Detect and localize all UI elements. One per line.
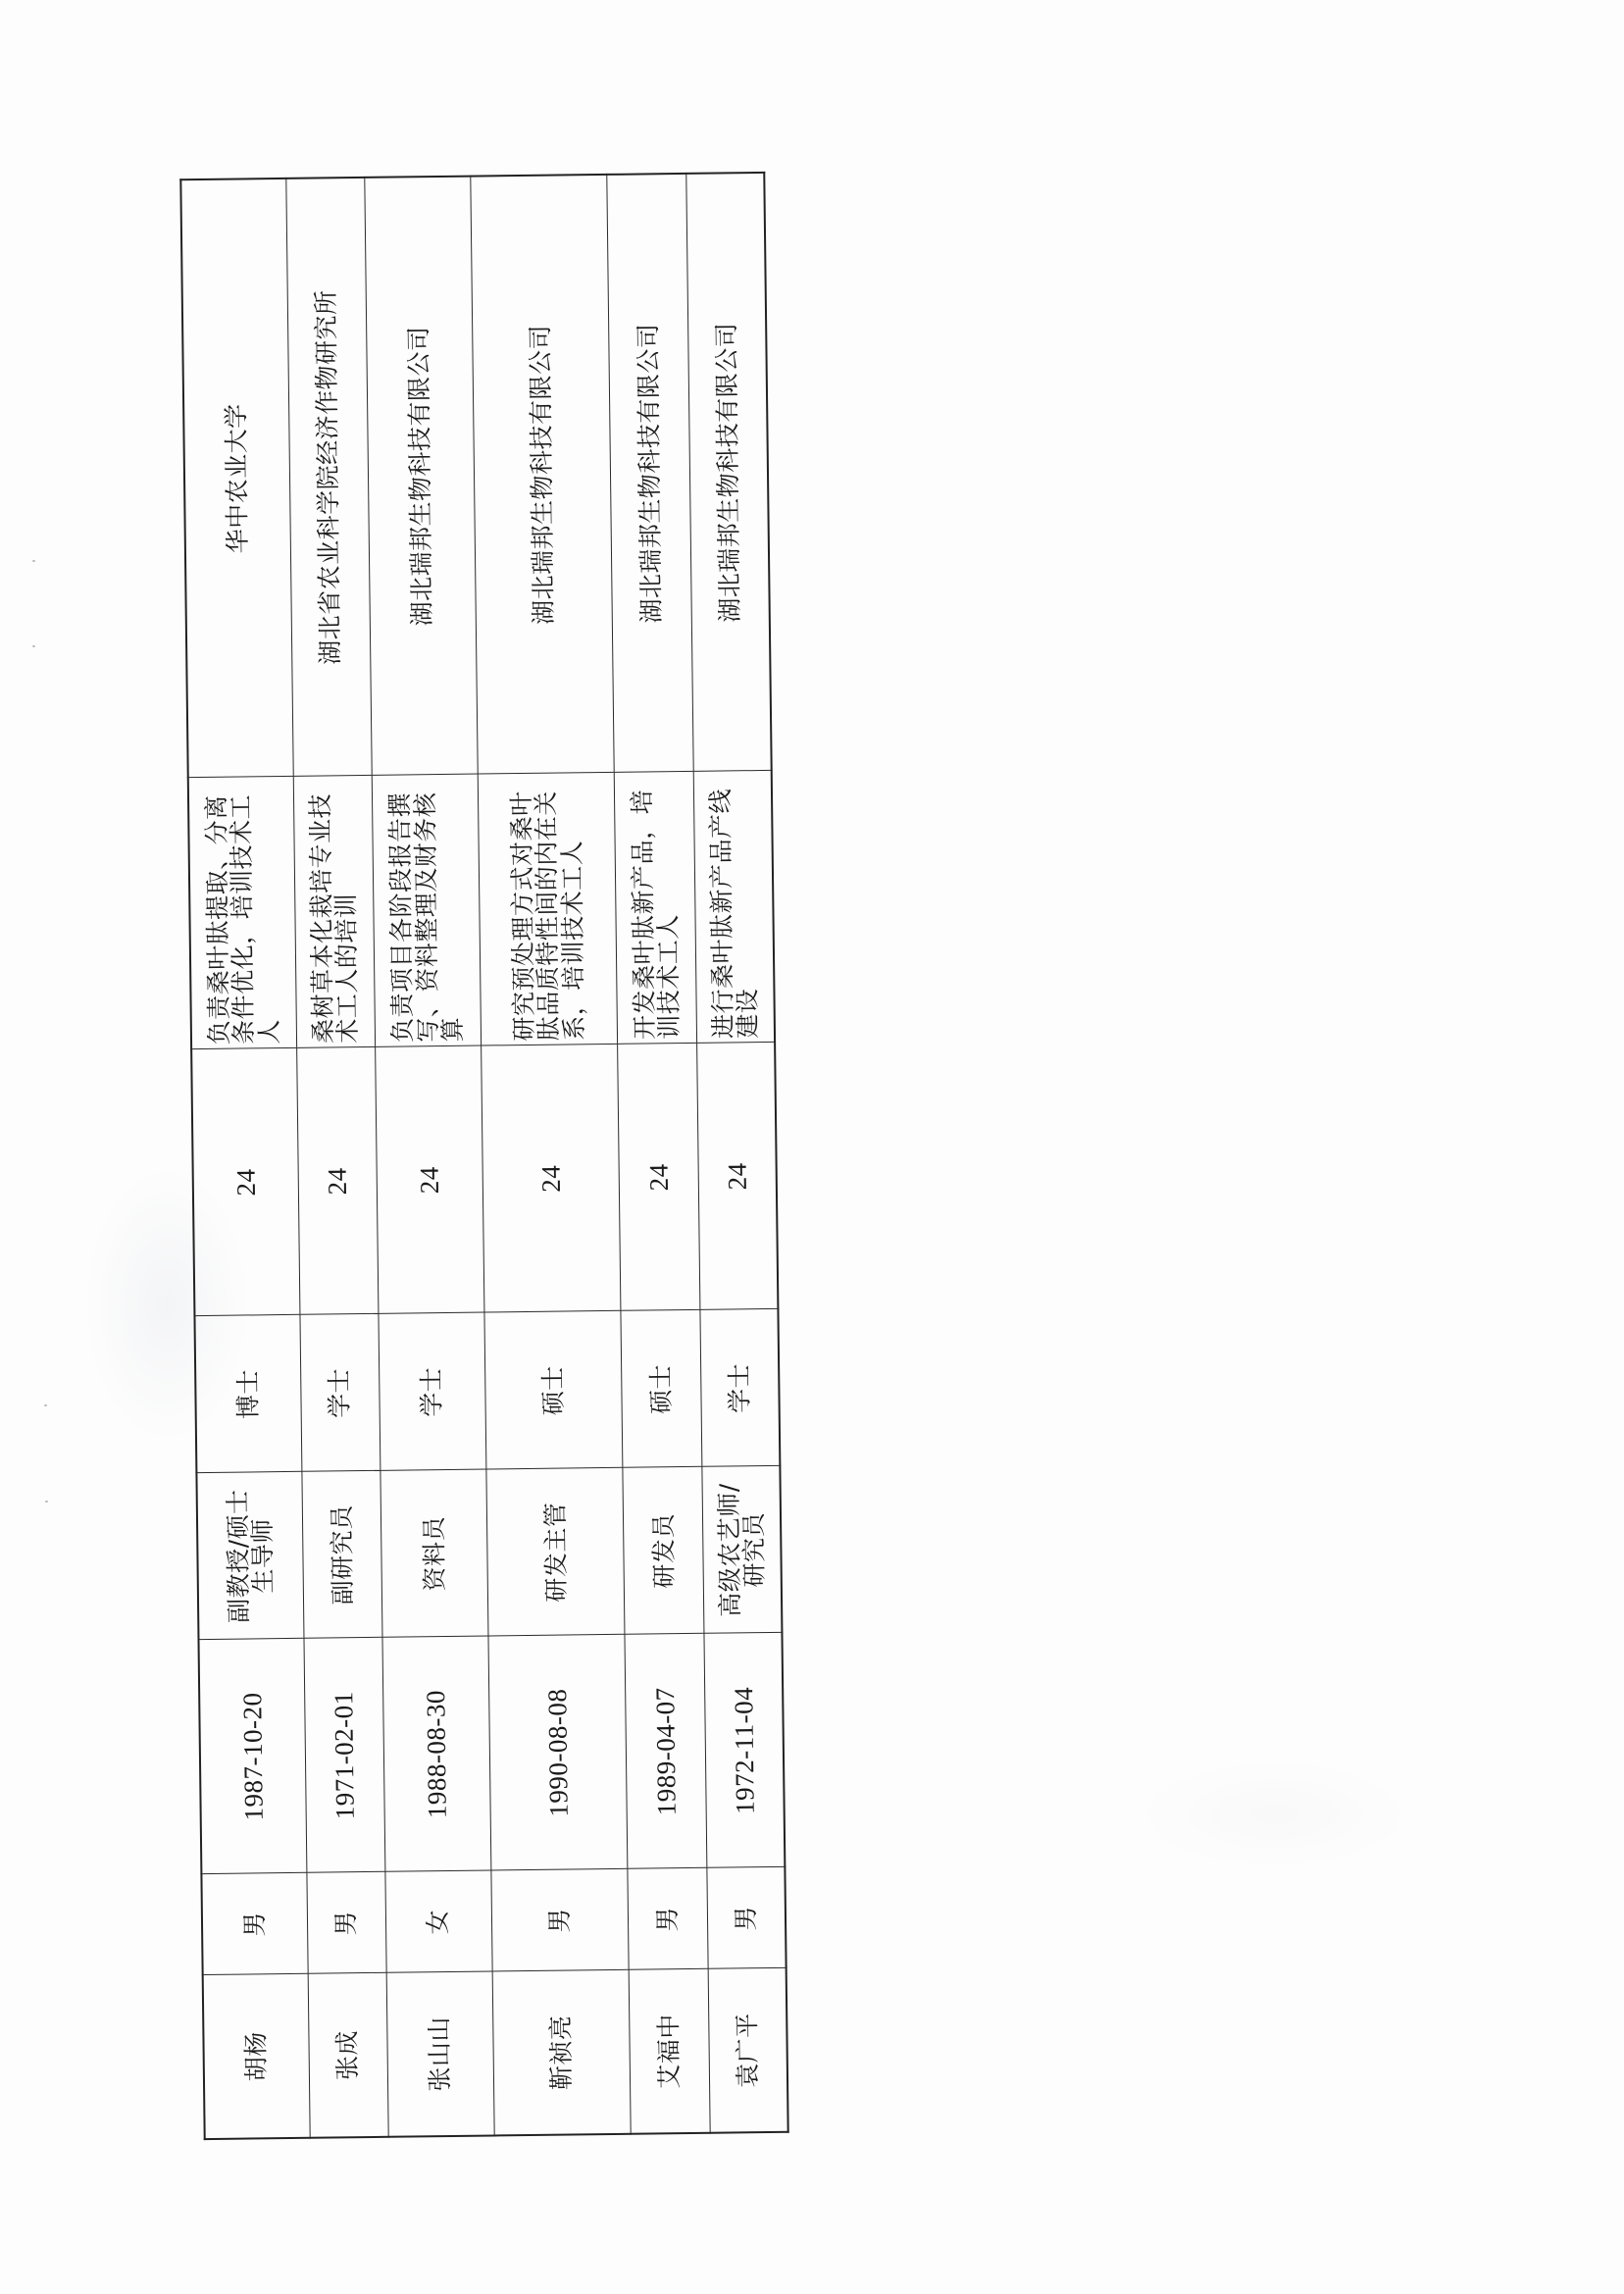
cell-org: 华中农业大学 xyxy=(180,178,293,777)
cell-degree: 硕士 xyxy=(484,1310,623,1469)
cell-name: 张山山 xyxy=(386,1971,494,2136)
cell-dob: 1971-02-01 xyxy=(304,1637,385,1872)
cell-duty: 研究预处理方式对桑叶肽品质特性间的内在关系，培训技术工人 xyxy=(478,772,618,1045)
cell-name: 靳祯亮 xyxy=(492,1969,631,2135)
cell-gender: 男 xyxy=(707,1866,786,1968)
cell-hours: 24 xyxy=(697,1042,779,1309)
scan-speck xyxy=(32,560,35,562)
cell-org: 湖北瑞邦生物科技有限公司 xyxy=(365,176,479,775)
cell-degree: 学士 xyxy=(700,1308,780,1466)
cell-duty: 负责项目各阶段报告撰写、资料整理及财务核算 xyxy=(372,774,482,1046)
cell-dob: 1987-10-20 xyxy=(198,1638,306,1873)
cell-gender: 男 xyxy=(491,1868,629,1971)
cell-degree: 学士 xyxy=(379,1312,486,1470)
cell-degree: 博士 xyxy=(194,1314,301,1472)
cell-gender: 女 xyxy=(385,1870,492,1972)
cell-duty: 桑树草本化栽培专业技术工人的培训 xyxy=(293,775,376,1047)
cell-title: 研发主管 xyxy=(486,1467,625,1636)
cell-name: 袁广平 xyxy=(708,1967,787,2132)
cell-org: 湖北省农业科学院经济作物研究所 xyxy=(285,177,372,776)
cell-hours: 24 xyxy=(482,1044,622,1312)
cell-hours: 24 xyxy=(375,1045,483,1313)
cell-gender: 男 xyxy=(628,1867,708,1969)
cell-name: 胡杨 xyxy=(203,1973,310,2138)
cell-hours: 24 xyxy=(618,1043,700,1310)
cell-title: 资料员 xyxy=(381,1469,488,1637)
cell-org: 湖北瑞邦生物科技有限公司 xyxy=(607,173,694,772)
cell-gender: 男 xyxy=(201,1872,307,1974)
cell-degree: 学士 xyxy=(300,1313,381,1471)
cell-org: 湖北瑞邦生物科技有限公司 xyxy=(471,174,615,774)
personnel-roster-table: 胡杨 男 1987-10-20 副教授/硕士生导师 博士 24 负责桑叶肽提取、… xyxy=(179,171,788,2139)
cell-dob: 1988-08-30 xyxy=(382,1636,491,1871)
cell-degree: 硕士 xyxy=(621,1309,702,1467)
scan-speck xyxy=(32,645,35,647)
cell-gender: 男 xyxy=(307,1871,386,1973)
cell-hours: 24 xyxy=(191,1047,299,1315)
table-row: 靳祯亮 男 1990-08-08 研发主管 硕士 24 研究预处理方式对桑叶肽品… xyxy=(471,174,632,2135)
cell-dob: 1972-11-04 xyxy=(704,1632,785,1867)
cell-duty: 开发桑叶肽新产品，培训技术工人 xyxy=(614,771,697,1044)
scan-speck xyxy=(44,1404,47,1406)
cell-name: 艾福中 xyxy=(629,1968,710,2133)
scan-speck xyxy=(45,1501,48,1503)
cell-title: 副研究员 xyxy=(302,1470,382,1638)
cell-title: 研发员 xyxy=(623,1466,704,1634)
cell-hours: 24 xyxy=(296,1046,378,1314)
roster-table-rotated: 胡杨 男 1987-10-20 副教授/硕士生导师 博士 24 负责桑叶肽提取、… xyxy=(179,173,788,2139)
cell-dob: 1990-08-08 xyxy=(488,1634,628,1870)
cell-org: 湖北瑞邦生物科技有限公司 xyxy=(686,172,772,771)
cell-duty: 进行桑叶肽新产品产线建设 xyxy=(694,770,776,1043)
cell-title: 副教授/硕士生导师 xyxy=(196,1471,303,1639)
cell-duty: 负责桑叶肽提取、分离条件优化，培训技术工人 xyxy=(188,776,297,1048)
cell-title: 高级农艺师/研究员 xyxy=(702,1465,782,1633)
cell-name: 张成 xyxy=(308,1972,388,2137)
cell-dob: 1989-04-07 xyxy=(625,1633,707,1868)
